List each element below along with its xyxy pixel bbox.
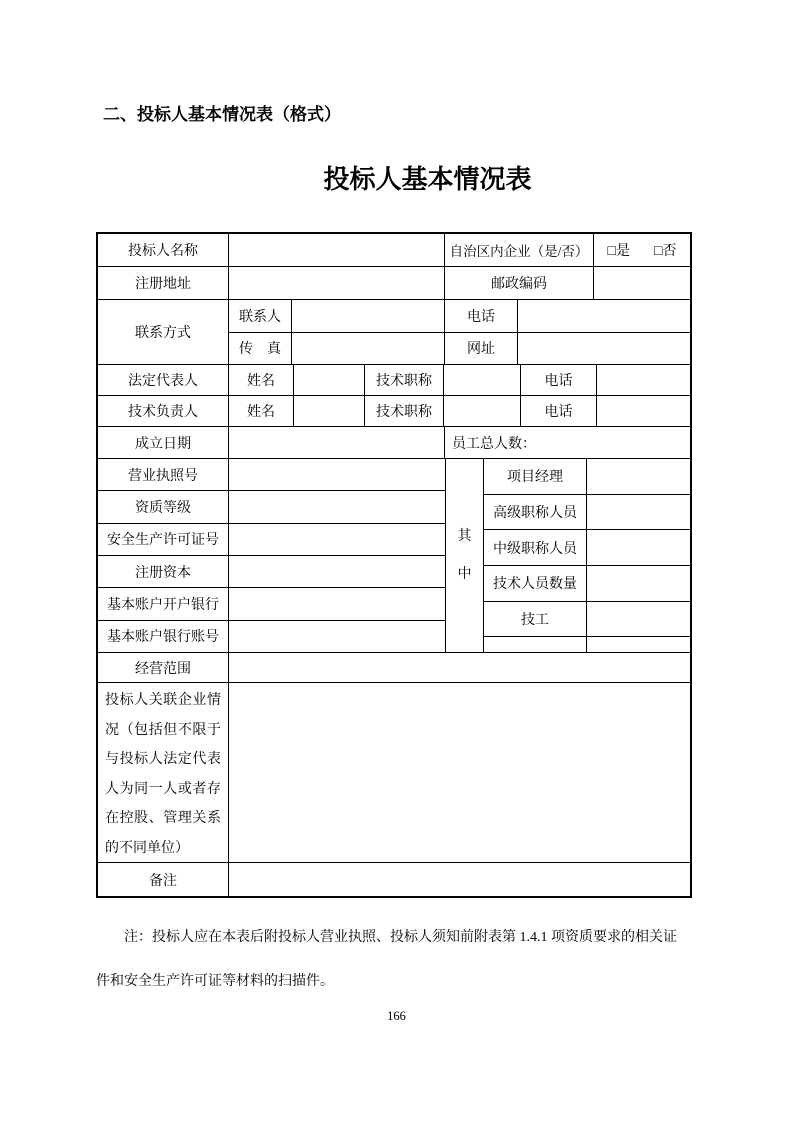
- postal-code-label: 邮政编码: [445, 267, 594, 300]
- bidder-info-table: 投标人名称 自治区内企业（是/否） □是 □否 注册地址 邮政编码 联系方式 联…: [96, 232, 692, 898]
- tech-lead-name-value: [294, 396, 365, 427]
- registered-capital-label: 注册资本: [98, 556, 229, 588]
- table-row: 营业执照号: [98, 459, 445, 491]
- affiliates-label: 投标人关联企业情况（包括但不限于与投标人法定代表人为同一人或者存在控股、管理关系…: [98, 683, 229, 863]
- table-row: 联系人 电话: [229, 300, 690, 333]
- establish-date-value: [229, 427, 445, 459]
- remarks-value: [229, 863, 690, 896]
- bidder-name-label: 投标人名称: [98, 234, 229, 267]
- skilled-worker-label: 技工: [484, 602, 587, 638]
- registered-capital-value: [229, 556, 445, 588]
- registered-address-label: 注册地址: [98, 267, 229, 300]
- staff-extra-value: [587, 637, 690, 653]
- bidder-name-value: [229, 234, 445, 267]
- table-row: 经营范围: [98, 653, 690, 683]
- qualification-grade-label: 资质等级: [98, 491, 229, 523]
- licence-subrows: 营业执照号 资质等级 安全生产许可证号 注册资本 基本账户开户银行: [98, 459, 445, 653]
- tech-lead-title-label: 技术职称: [365, 396, 444, 427]
- tech-staff-count-value: [587, 566, 690, 602]
- bank-name-label: 基本账户开户银行: [98, 588, 229, 620]
- note-line-2: 件和安全生产许可证等材料的扫描件。: [96, 960, 710, 1004]
- establish-date-label: 成立日期: [98, 427, 229, 459]
- legal-rep-title-label: 技术职称: [365, 365, 444, 396]
- table-row: 基本账户开户银行: [98, 588, 445, 620]
- table-row: 投标人名称 自治区内企业（是/否） □是 □否: [98, 234, 690, 267]
- safety-licence-value: [229, 524, 445, 556]
- total-staff-label: 员工总人数：: [445, 427, 690, 459]
- note-text: 注：投标人应在本表后附投标人营业执照、投标人须知前附表第 1.4.1 项资质要求…: [96, 916, 710, 1004]
- legal-rep-name-value: [294, 365, 365, 396]
- project-manager-value: [587, 459, 690, 495]
- project-manager-label: 项目经理: [484, 459, 587, 495]
- table-row: 资质等级: [98, 491, 445, 523]
- contact-person-value: [292, 300, 445, 333]
- bank-name-value: [229, 588, 445, 620]
- business-licence-label: 营业执照号: [98, 459, 229, 491]
- table-row: 注册资本: [98, 556, 445, 588]
- mid-title-staff-label: 中级职称人员: [484, 530, 587, 566]
- contact-subrows: 联系人 电话 传 真 网址: [229, 300, 690, 365]
- affiliates-value: [229, 683, 690, 863]
- contact-method-label: 联系方式: [98, 300, 229, 365]
- tech-lead-name-label: 姓名: [229, 396, 294, 427]
- business-scope-label: 经营范围: [98, 653, 229, 683]
- table-row: 技术负责人 姓名 技术职称 电话: [98, 396, 690, 427]
- region-enterprise-options: □是 □否: [594, 234, 690, 267]
- registered-address-value: [229, 267, 445, 300]
- bank-account-value: [229, 621, 445, 653]
- table-row: 传 真 网址: [229, 333, 690, 366]
- business-licence-value: [229, 459, 445, 491]
- phone-label: 电话: [445, 300, 518, 333]
- legal-rep-phone-value: [597, 365, 690, 396]
- checkbox-no: □否: [654, 240, 676, 260]
- fax-label: 传 真: [229, 333, 292, 366]
- table-row: 成立日期 员工总人数：: [98, 427, 690, 459]
- tech-staff-count-label: 技术人员数量: [484, 566, 587, 602]
- phone-value: [518, 300, 690, 333]
- table-row: 项目经理: [484, 459, 690, 495]
- fax-value: [292, 333, 445, 366]
- legal-rep-title-value: [444, 365, 521, 396]
- legal-rep-name-label: 姓名: [229, 365, 294, 396]
- table-row: 备注: [98, 863, 690, 896]
- table-row: [484, 637, 690, 653]
- table-row: 投标人关联企业情况（包括但不限于与投标人法定代表人为同一人或者存在控股、管理关系…: [98, 683, 690, 863]
- legal-rep-label: 法定代表人: [98, 365, 229, 396]
- table-row: 技术人员数量: [484, 566, 690, 602]
- website-value: [518, 333, 690, 366]
- table-row: 高级职称人员: [484, 495, 690, 531]
- table-row: 法定代表人 姓名 技术职称 电话: [98, 365, 690, 396]
- licence-staff-block: 营业执照号 资质等级 安全生产许可证号 注册资本 基本账户开户银行: [98, 459, 690, 653]
- remarks-label: 备注: [98, 863, 229, 896]
- among-label-cell: 其中: [445, 459, 484, 653]
- website-label: 网址: [445, 333, 518, 366]
- postal-code-value: [594, 267, 690, 300]
- senior-title-staff-value: [587, 495, 690, 531]
- senior-title-staff-label: 高级职称人员: [484, 495, 587, 531]
- document-page: 二、投标人基本情况表（格式） 投标人基本情况表 投标人名称 自治区内企业（是/否…: [0, 103, 793, 1026]
- contact-person-label: 联系人: [229, 300, 292, 333]
- table-row: 安全生产许可证号: [98, 524, 445, 556]
- qualification-grade-value: [229, 491, 445, 523]
- section-heading: 二、投标人基本情况表（格式）: [103, 103, 793, 127]
- table-row: 基本账户银行账号: [98, 621, 445, 653]
- form-title: 投标人基本情况表: [0, 163, 793, 197]
- region-enterprise-label: 自治区内企业（是/否）: [445, 234, 594, 267]
- table-row: 中级职称人员: [484, 530, 690, 566]
- tech-lead-title-value: [444, 396, 521, 427]
- table-row: 技工: [484, 602, 690, 638]
- staff-subrows: 项目经理 高级职称人员 中级职称人员 技术人员数量 技工: [484, 459, 690, 653]
- page-number: 166: [0, 1006, 793, 1026]
- tech-lead-phone-label: 电话: [521, 396, 597, 427]
- mid-title-staff-value: [587, 530, 690, 566]
- staff-extra-label: [484, 637, 587, 653]
- among-label: 其中: [458, 518, 472, 594]
- tech-lead-label: 技术负责人: [98, 396, 229, 427]
- checkbox-yes: □是: [608, 240, 630, 260]
- skilled-worker-value: [587, 602, 690, 638]
- tech-lead-phone-value: [597, 396, 690, 427]
- safety-licence-label: 安全生产许可证号: [98, 524, 229, 556]
- bank-account-label: 基本账户银行账号: [98, 621, 229, 653]
- legal-rep-phone-label: 电话: [521, 365, 597, 396]
- contact-rows: 联系方式 联系人 电话 传 真 网址: [98, 300, 690, 365]
- note-line-1: 注：投标人应在本表后附投标人营业执照、投标人须知前附表第 1.4.1 项资质要求…: [96, 916, 710, 960]
- table-row: 注册地址 邮政编码: [98, 267, 690, 300]
- business-scope-value: [229, 653, 690, 683]
